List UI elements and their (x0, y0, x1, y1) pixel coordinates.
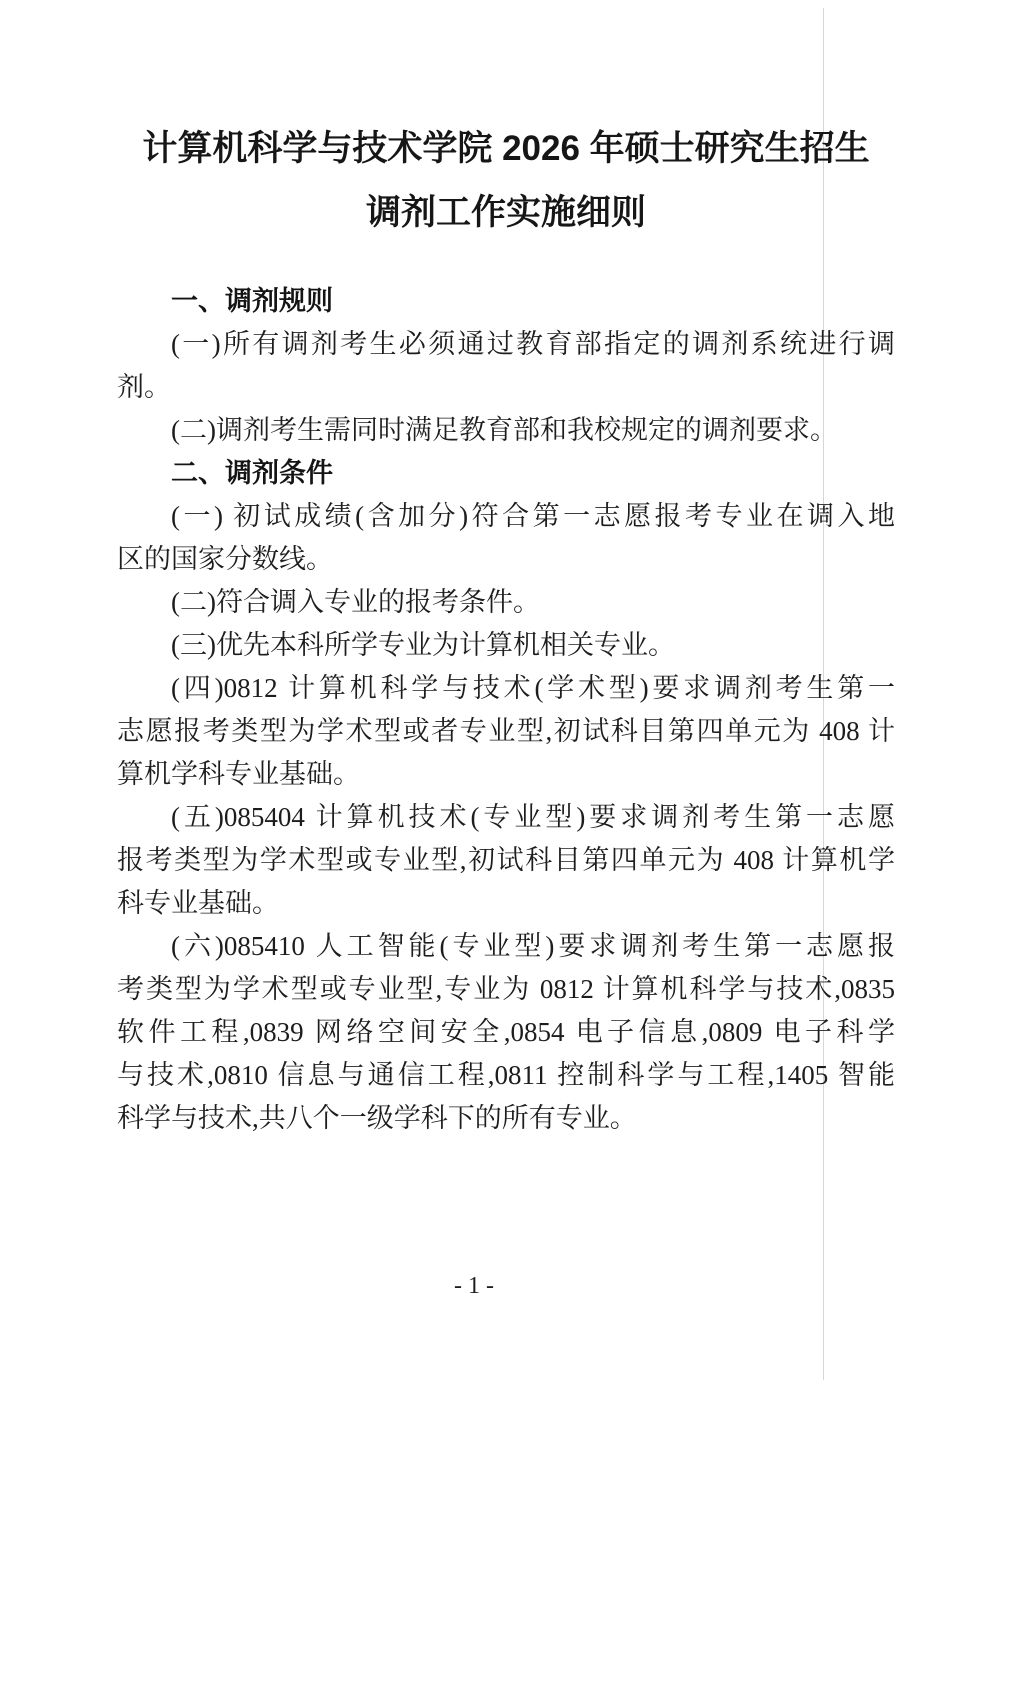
document-page: 计算机科学与技术学院 2026 年硕士研究生招生 调剂工作实施细则 一、调剂规则… (0, 0, 1024, 1687)
paragraph-line: (二)符合调入专业的报考条件。 (117, 581, 895, 624)
paragraph-line: 算机学科专业基础。 (117, 753, 895, 796)
paragraph-line: 区的国家分数线。 (117, 538, 895, 581)
paragraph-line: (五)085404 计算机技术(专业型)要求调剂考生第一志愿 (117, 796, 895, 839)
document-title-line-2: 调剂工作实施细则 (117, 181, 895, 245)
paragraph-line: (六)085410 人工智能(专业型)要求调剂考生第一志愿报 (117, 925, 895, 968)
paragraph-line: 志愿报考类型为学术型或者专业型,初试科目第四单元为 408 计 (117, 710, 895, 753)
paragraph-line: 科学与技术,共八个一级学科下的所有专业。 (117, 1097, 895, 1140)
paragraph-line: (二)调剂考生需同时满足教育部和我校规定的调剂要求。 (117, 409, 895, 452)
document-content: 计算机科学与技术学院 2026 年硕士研究生招生 调剂工作实施细则 一、调剂规则… (117, 117, 895, 1308)
document-title: 计算机科学与技术学院 2026 年硕士研究生招生 调剂工作实施细则 (117, 117, 895, 245)
paragraph-line: 软件工程,0839 网络空间安全,0854 电子信息,0809 电子科学 (117, 1011, 895, 1054)
section-heading: 一、调剂规则 (117, 280, 895, 323)
paragraph-line: 考类型为学术型或专业型,专业为 0812 计算机科学与技术,0835 (117, 968, 895, 1011)
paragraph-line: 科专业基础。 (117, 882, 895, 925)
document-body: 一、调剂规则(一)所有调剂考生必须通过教育部指定的调剂系统进行调剂。(二)调剂考… (117, 280, 895, 1140)
paragraph-line: (三)优先本科所学专业为计算机相关专业。 (117, 624, 895, 667)
page-number: - 1 - (85, 1265, 863, 1308)
paragraph-line: (四)0812 计算机科学与技术(学术型)要求调剂考生第一 (117, 667, 895, 710)
document-title-line-1: 计算机科学与技术学院 2026 年硕士研究生招生 (117, 117, 895, 181)
paragraph-line: (一)所有调剂考生必须通过教育部指定的调剂系统进行调 (117, 323, 895, 366)
paragraph-line: 剂。 (117, 366, 895, 409)
paragraph-line: 报考类型为学术型或专业型,初试科目第四单元为 408 计算机学 (117, 839, 895, 882)
paragraph-line: (一) 初试成绩(含加分)符合第一志愿报考专业在调入地 (117, 495, 895, 538)
paragraph-line: 与技术,0810 信息与通信工程,0811 控制科学与工程,1405 智能 (117, 1054, 895, 1097)
section-heading: 二、调剂条件 (117, 452, 895, 495)
